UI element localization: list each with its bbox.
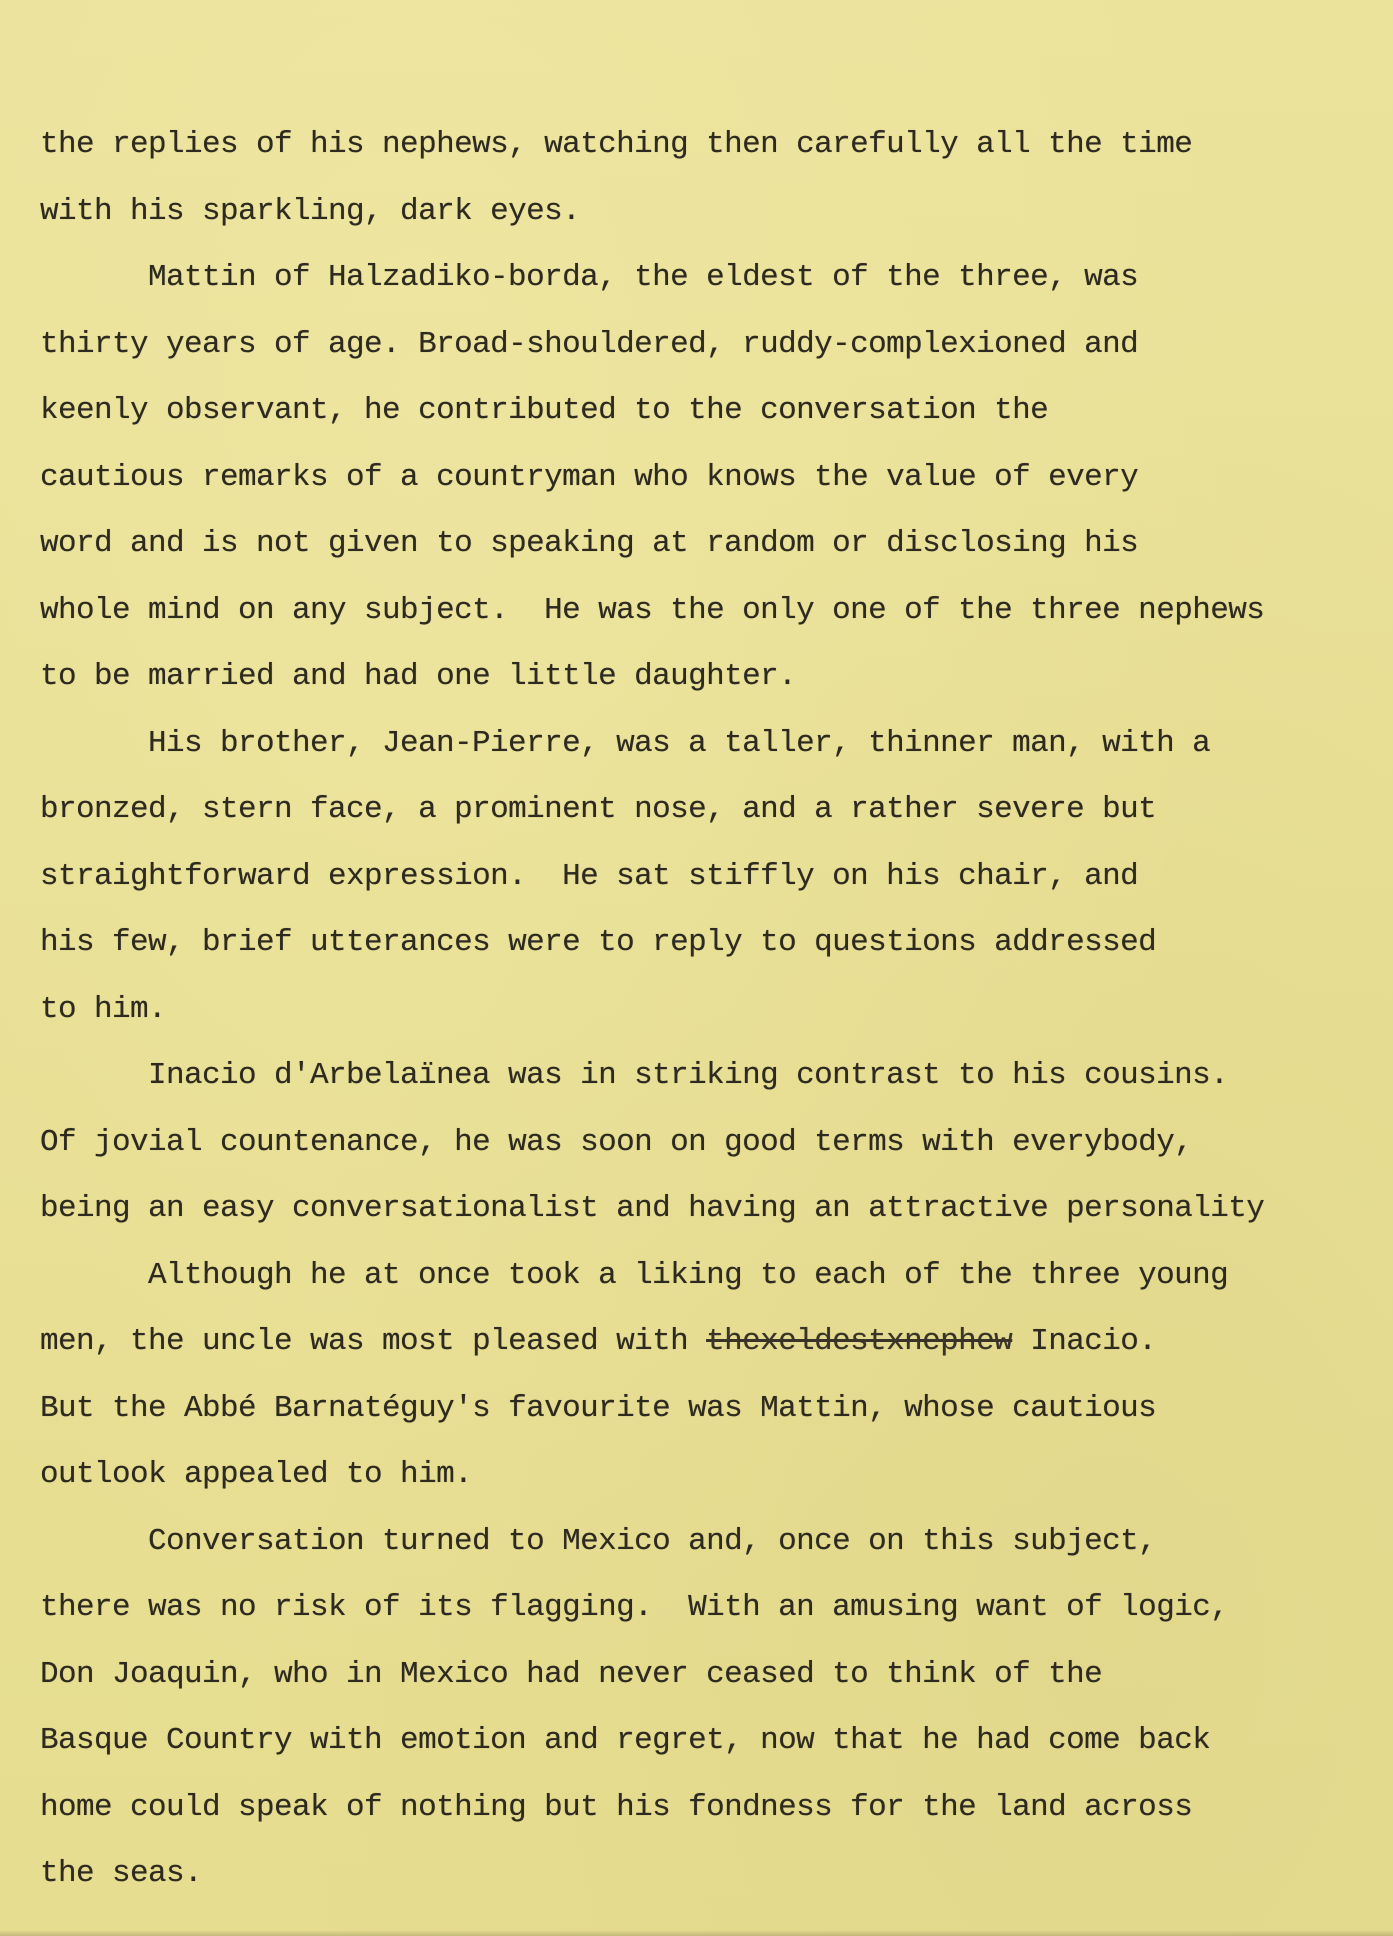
text-line-2: with his sparkling, dark eyes. <box>40 192 1380 259</box>
text-line-10: His brother, Jean-Pierre, was a taller, … <box>40 724 1380 791</box>
text-line-20: But the Abbé Barnatéguy's favourite was … <box>40 1389 1380 1456</box>
text-line-6: cautious remarks of a countryman who kno… <box>40 458 1380 525</box>
text-line-1: the replies of his nephews, watching the… <box>40 125 1380 192</box>
paper-bottom-edge <box>0 1930 1393 1936</box>
text-line-16: Of jovial countenance, he was soon on go… <box>40 1123 1380 1190</box>
text-line-25: Basque Country with emotion and regret, … <box>40 1721 1380 1788</box>
text-line-21: outlook appealed to him. <box>40 1455 1380 1522</box>
typewritten-page: the replies of his nephews, watching the… <box>0 0 1393 1936</box>
text-line-5: keenly observant, he contributed to the … <box>40 391 1380 458</box>
text-line-3: Mattin of Halzadiko-borda, the eldest of… <box>40 258 1380 325</box>
text-line-26: home could speak of nothing but his fond… <box>40 1788 1380 1855</box>
text-line-24: Don Joaquin, who in Mexico had never cea… <box>40 1655 1380 1722</box>
text-line-7: word and is not given to speaking at ran… <box>40 524 1380 591</box>
struck-out-text: thexeldestxnephew <box>706 1324 1012 1359</box>
text-line-22: Conversation turned to Mexico and, once … <box>40 1522 1380 1589</box>
text-line-15: Inacio d'Arbelaïnea was in striking cont… <box>40 1056 1380 1123</box>
text-after-strike: Inacio. <box>1012 1324 1156 1359</box>
text-before-strike: men, the uncle was most pleased with <box>40 1324 706 1359</box>
text-line-8: whole mind on any subject. He was the on… <box>40 591 1380 658</box>
page-text: the replies of his nephews, watching the… <box>40 125 1380 1921</box>
text-line-27: the seas. <box>40 1854 1380 1921</box>
text-line-4: thirty years of age. Broad-shouldered, r… <box>40 325 1380 392</box>
text-line-17: being an easy conversationalist and havi… <box>40 1189 1380 1256</box>
text-line-18: Although he at once took a liking to eac… <box>40 1256 1380 1323</box>
text-line-11: bronzed, stern face, a prominent nose, a… <box>40 790 1380 857</box>
text-line-19: men, the uncle was most pleased with the… <box>40 1322 1380 1389</box>
text-line-9: to be married and had one little daughte… <box>40 657 1380 724</box>
text-line-13: his few, brief utterances were to reply … <box>40 923 1380 990</box>
text-line-23: there was no risk of its flagging. With … <box>40 1588 1380 1655</box>
text-line-12: straightforward expression. He sat stiff… <box>40 857 1380 924</box>
text-line-14: to him. <box>40 990 1380 1057</box>
